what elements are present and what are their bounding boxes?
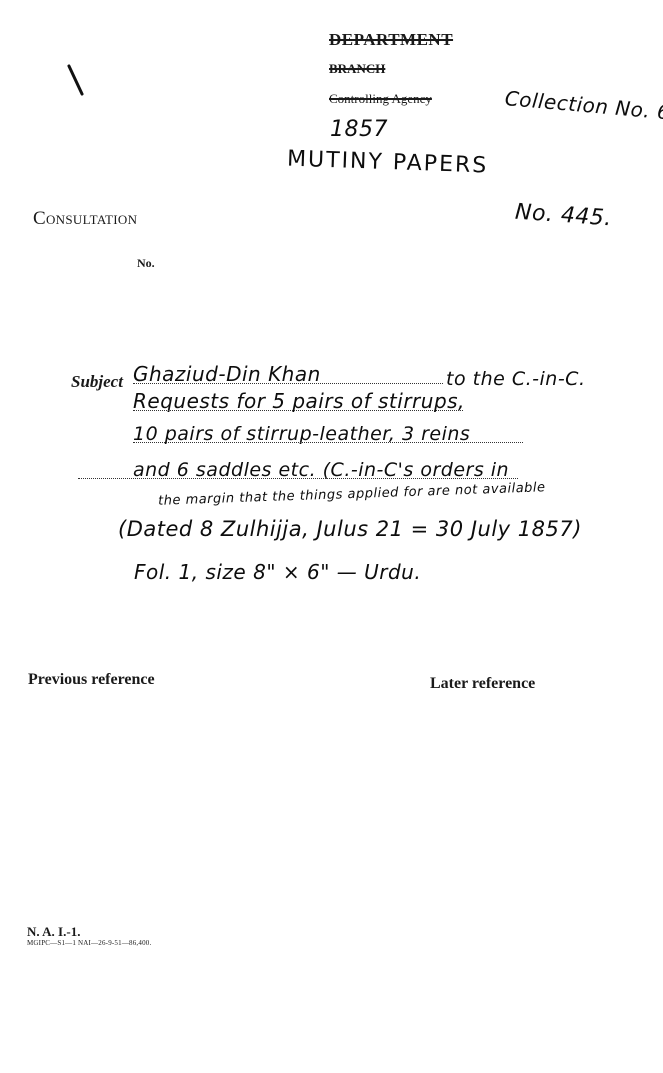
dotted-rule (78, 478, 518, 479)
subject-line-4: and 6 saddles etc. (C.-in-C's orders in (133, 459, 643, 482)
folio-size-language-note: Fol. 1, size 8" × 6" — Urdu. (134, 560, 421, 584)
dotted-rule (133, 410, 463, 411)
subject-line-1: Ghaziud-Din Khan (133, 362, 443, 387)
margin-tick-mark (67, 64, 84, 96)
collection-note: Collection No. 6, (504, 86, 663, 125)
dotted-rule (133, 383, 443, 384)
margin-order-note: the margin that the things applied for a… (158, 480, 546, 509)
consultation-label: Consultation (33, 208, 137, 230)
controlling-agency-label: Controlling Agency (329, 91, 432, 107)
subject-line-3: 10 pairs of stirrup-leather, 3 reins (133, 423, 653, 446)
year-note: 1857 (330, 117, 388, 142)
subject-label: Subject (71, 372, 123, 392)
consultation-number-note: No. 445. (514, 200, 612, 232)
subject-line-1-continuation: to the C.-in-C. (446, 368, 585, 390)
branch-label: BRANCH (329, 61, 385, 77)
dotted-rule (133, 442, 523, 443)
date-note: (Dated 8 Zulhijja, Julus 21 = 30 July 18… (118, 517, 582, 541)
subject-line-2: Requests for 5 pairs of stirrups, (133, 389, 613, 414)
previous-reference-label: Previous reference (28, 671, 155, 689)
later-reference-label: Later reference (430, 675, 535, 693)
printer-imprint: MGIPC—S1—1 NAI—26-9-51—86,400. (27, 939, 151, 947)
form-number: N. A. I.-1. (27, 924, 80, 940)
department-label: DEPARTMENT (329, 30, 453, 50)
title-note: MUTINY PAPERS (287, 146, 489, 178)
consultation-no-label: No. (137, 256, 155, 271)
